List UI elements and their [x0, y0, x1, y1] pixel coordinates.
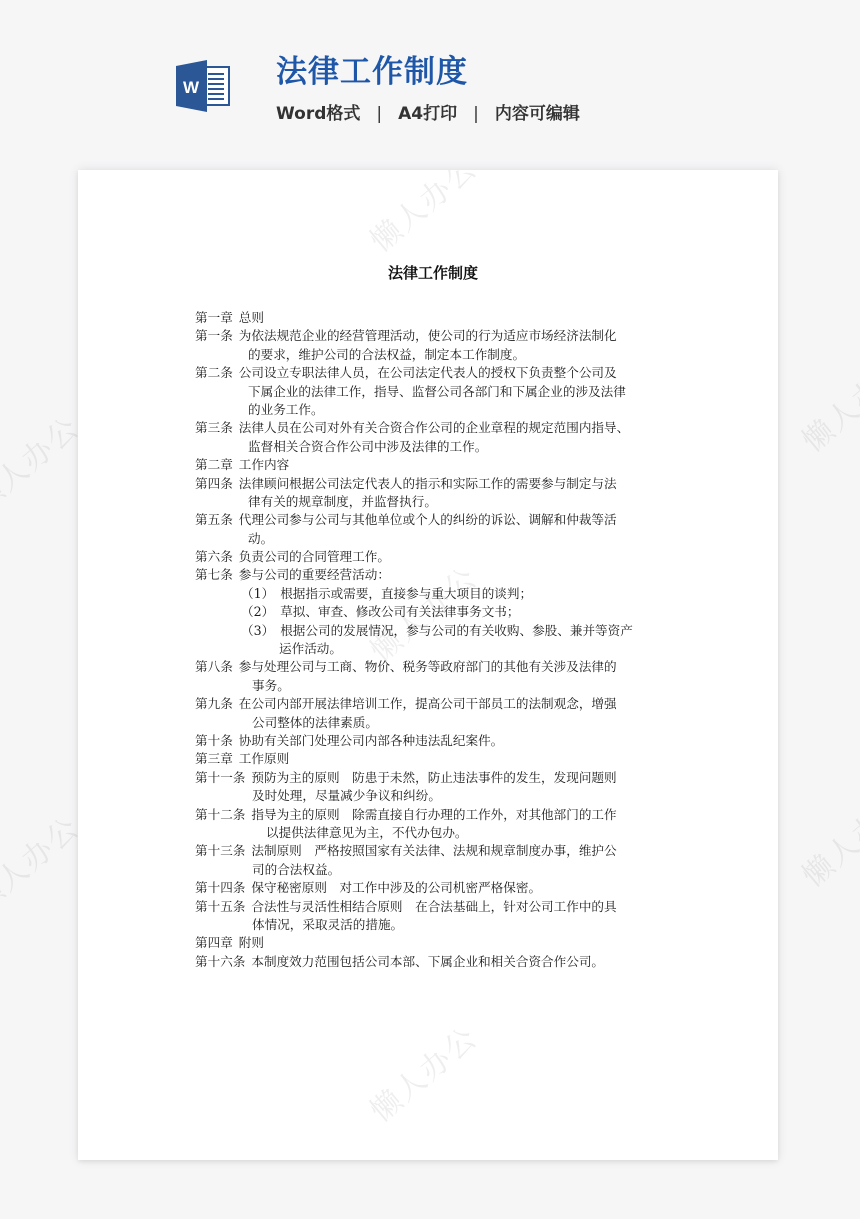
article-label: 第二条: [195, 364, 233, 382]
article-line: （1）根据指示或需要，直接参与重大项目的谈判；: [195, 585, 675, 603]
article-label: 第六条: [195, 548, 233, 566]
word-icon: W: [176, 60, 230, 112]
article-text: 法制原则 严格按照国家有关法律、法规和规章制度办事，维护公: [251, 843, 616, 858]
article-label: 第十条: [195, 732, 233, 750]
article-line: 第十条协助有关部门处理公司内部各种违法乱纪案件。: [195, 732, 675, 750]
article-label: （1）: [241, 585, 274, 603]
tag-word-format: Word格式: [276, 104, 360, 124]
article-label: 第四章: [195, 934, 233, 952]
tag-a4-print: A4打印: [398, 104, 457, 124]
article-line: 第三条法律人员在公司对外有关合资合作公司的企业章程的规定范围内指导、: [195, 419, 675, 437]
article-text: 参与处理公司与工商、物价、税务等政府部门的其他有关涉及法律的: [239, 659, 617, 674]
watermark: 懒人办公: [0, 404, 87, 520]
svg-text:W: W: [183, 78, 200, 97]
continuation-line: 以提供法律意见为主，不代办包办。: [195, 824, 675, 842]
article-label: 第三章: [195, 750, 233, 768]
article-text: 总则: [239, 310, 264, 325]
tag-editable: 内容可编辑: [495, 104, 580, 124]
article-label: 第十一条: [195, 769, 245, 787]
watermark: 懒人办公: [359, 1014, 485, 1130]
article-line: 第七条参与公司的重要经营活动：: [195, 566, 675, 584]
article-line: （3）根据公司的发展情况，参与公司的有关收购、参股、兼并等资产: [195, 622, 675, 640]
article-line: 第一章总则: [195, 309, 675, 327]
article-label: 第二章: [195, 456, 233, 474]
article-text: 运作活动。: [279, 641, 342, 656]
continuation-line: 的业务工作。: [195, 401, 675, 419]
article-line: 第五条代理公司参与公司与其他单位或个人的纠纷的诉讼、调解和仲裁等活: [195, 511, 675, 529]
continuation-line: 动。: [195, 530, 675, 548]
article-line: 第一条为依法规范企业的经营管理活动，使公司的行为适应市场经济法制化: [195, 327, 675, 345]
article-line: 第八条参与处理公司与工商、物价、税务等政府部门的其他有关涉及法律的: [195, 658, 675, 676]
article-label: 第十四条: [195, 879, 245, 897]
article-text: 体情况，采取灵活的措施。: [252, 917, 403, 932]
article-line: 第四章附则: [195, 934, 675, 952]
continuation-line: 律有关的规章制度，并监督执行。: [195, 493, 675, 511]
article-label: （2）: [241, 603, 274, 621]
article-text: 保守秘密原则 对工作中涉及的公司机密严格保密。: [251, 880, 541, 895]
article-line: 第十四条保守秘密原则 对工作中涉及的公司机密严格保密。: [195, 879, 675, 897]
article-line: 第三章工作原则: [195, 750, 675, 768]
article-label: 第一章: [195, 309, 233, 327]
article-text: 为依法规范企业的经营管理活动，使公司的行为适应市场经济法制化: [239, 328, 617, 343]
continuation-line: 司的合法权益。: [195, 861, 675, 879]
document-page: 懒人办公 懒人办公 懒人办公 法律工作制度 第一章总则第一条为依法规范企业的经营…: [78, 170, 778, 1160]
article-text: 的业务工作。: [248, 402, 324, 417]
article-line: 第二条公司设立专职法律人员，在公司法定代表人的授权下负责整个公司及: [195, 364, 675, 382]
article-text: 草拟、审查、修改公司有关法律事务文书；: [280, 604, 519, 619]
continuation-line: 下属企业的法律工作，指导、监督公司各部门和下属企业的涉及法律: [195, 383, 675, 401]
article-text: 以提供法律意见为主，不代办包办。: [266, 825, 468, 840]
article-line: 第二章工作内容: [195, 456, 675, 474]
article-label: （3）: [241, 622, 274, 640]
article-label: 第四条: [195, 475, 233, 493]
article-text: 本制度效力范围包括公司本部、下属企业和相关合资合作公司。: [251, 954, 604, 969]
header: W 法律工作制度 Word格式|A4打印|内容可编辑: [0, 0, 860, 170]
article-text: 协助有关部门处理公司内部各种违法乱纪案件。: [239, 733, 503, 748]
article-label: 第十三条: [195, 842, 245, 860]
document-body: 第一章总则第一条为依法规范企业的经营管理活动，使公司的行为适应市场经济法制化的要…: [195, 309, 675, 971]
watermark: 懒人办公: [791, 344, 860, 460]
article-text: 监督相关合资合作公司中涉及法律的工作。: [248, 439, 487, 454]
article-line: 第十二条指导为主的原则 除需直接自行办理的工作外，对其他部门的工作: [195, 806, 675, 824]
continuation-line: 运作活动。: [195, 640, 675, 658]
article-text: 工作内容: [239, 457, 289, 472]
header-tags: Word格式|A4打印|内容可编辑: [276, 101, 580, 127]
article-text: 法律人员在公司对外有关合资合作公司的企业章程的规定范围内指导、: [239, 420, 629, 435]
continuation-line: 的要求，维护公司的合法权益，制定本工作制度。: [195, 346, 675, 364]
article-label: 第七条: [195, 566, 233, 584]
article-line: 第九条在公司内部开展法律培训工作，提高公司干部员工的法制观念，增强: [195, 695, 675, 713]
article-text: 公司整体的法律素质。: [252, 715, 378, 730]
article-text: 的要求，维护公司的合法权益，制定本工作制度。: [248, 347, 525, 362]
article-text: 预防为主的原则 防患于未然，防止违法事件的发生，发现问题则: [251, 770, 616, 785]
article-text: 工作原则: [239, 751, 289, 766]
article-line: 第十三条法制原则 严格按照国家有关法律、法规和规章制度办事，维护公: [195, 842, 675, 860]
article-label: 第八条: [195, 658, 233, 676]
article-text: 附则: [239, 935, 264, 950]
article-text: 动。: [248, 531, 273, 546]
article-text: 根据指示或需要，直接参与重大项目的谈判；: [280, 586, 532, 601]
article-text: 司的合法权益。: [252, 862, 340, 877]
article-label: 第十六条: [195, 953, 245, 971]
article-text: 公司设立专职法律人员，在公司法定代表人的授权下负责整个公司及: [239, 365, 617, 380]
article-text: 合法性与灵活性相结合原则 在合法基础上，针对公司工作中的具: [251, 899, 616, 914]
article-text: 指导为主的原则 除需直接自行办理的工作外，对其他部门的工作: [251, 807, 616, 822]
article-label: 第一条: [195, 327, 233, 345]
watermark: 懒人办公: [359, 170, 485, 260]
article-text: 事务。: [252, 678, 290, 693]
article-text: 参与公司的重要经营活动：: [239, 567, 390, 582]
article-label: 第十五条: [195, 898, 245, 916]
continuation-line: 及时处理，尽量减少争议和纠纷。: [195, 787, 675, 805]
article-text: 根据公司的发展情况，参与公司的有关收购、参股、兼并等资产: [280, 623, 633, 638]
article-label: 第十二条: [195, 806, 245, 824]
article-line: 第四条法律顾问根据公司法定代表人的指示和实际工作的需要参与制定与法: [195, 475, 675, 493]
article-text: 法律顾问根据公司法定代表人的指示和实际工作的需要参与制定与法: [239, 476, 617, 491]
article-text: 律有关的规章制度，并监督执行。: [248, 494, 437, 509]
article-label: 第三条: [195, 419, 233, 437]
article-label: 第九条: [195, 695, 233, 713]
article-line: 第十五条合法性与灵活性相结合原则 在合法基础上，针对公司工作中的具: [195, 898, 675, 916]
article-label: 第五条: [195, 511, 233, 529]
continuation-line: 监督相关合资合作公司中涉及法律的工作。: [195, 438, 675, 456]
continuation-line: 体情况，采取灵活的措施。: [195, 916, 675, 934]
article-text: 及时处理，尽量减少争议和纠纷。: [252, 788, 441, 803]
article-text: 在公司内部开展法律培训工作，提高公司干部员工的法制观念，增强: [239, 696, 617, 711]
article-line: 第十一条预防为主的原则 防患于未然，防止违法事件的发生，发现问题则: [195, 769, 675, 787]
article-text: 下属企业的法律工作，指导、监督公司各部门和下属企业的涉及法律: [248, 384, 626, 399]
header-title: 法律工作制度: [276, 52, 468, 92]
continuation-line: 公司整体的法律素质。: [195, 714, 675, 732]
article-text: 负责公司的合同管理工作。: [239, 549, 390, 564]
tag-separator: |: [376, 101, 382, 127]
watermark: 懒人办公: [0, 804, 87, 920]
article-line: （2）草拟、审查、修改公司有关法律事务文书；: [195, 603, 675, 621]
article-line: 第十六条本制度效力范围包括公司本部、下属企业和相关合资合作公司。: [195, 953, 675, 971]
watermark: 懒人办公: [791, 779, 860, 895]
continuation-line: 事务。: [195, 677, 675, 695]
article-line: 第六条负责公司的合同管理工作。: [195, 548, 675, 566]
article-text: 代理公司参与公司与其他单位或个人的纠纷的诉讼、调解和仲裁等活: [239, 512, 617, 527]
tag-separator: |: [473, 101, 479, 127]
document-title: 法律工作制度: [78, 263, 778, 283]
